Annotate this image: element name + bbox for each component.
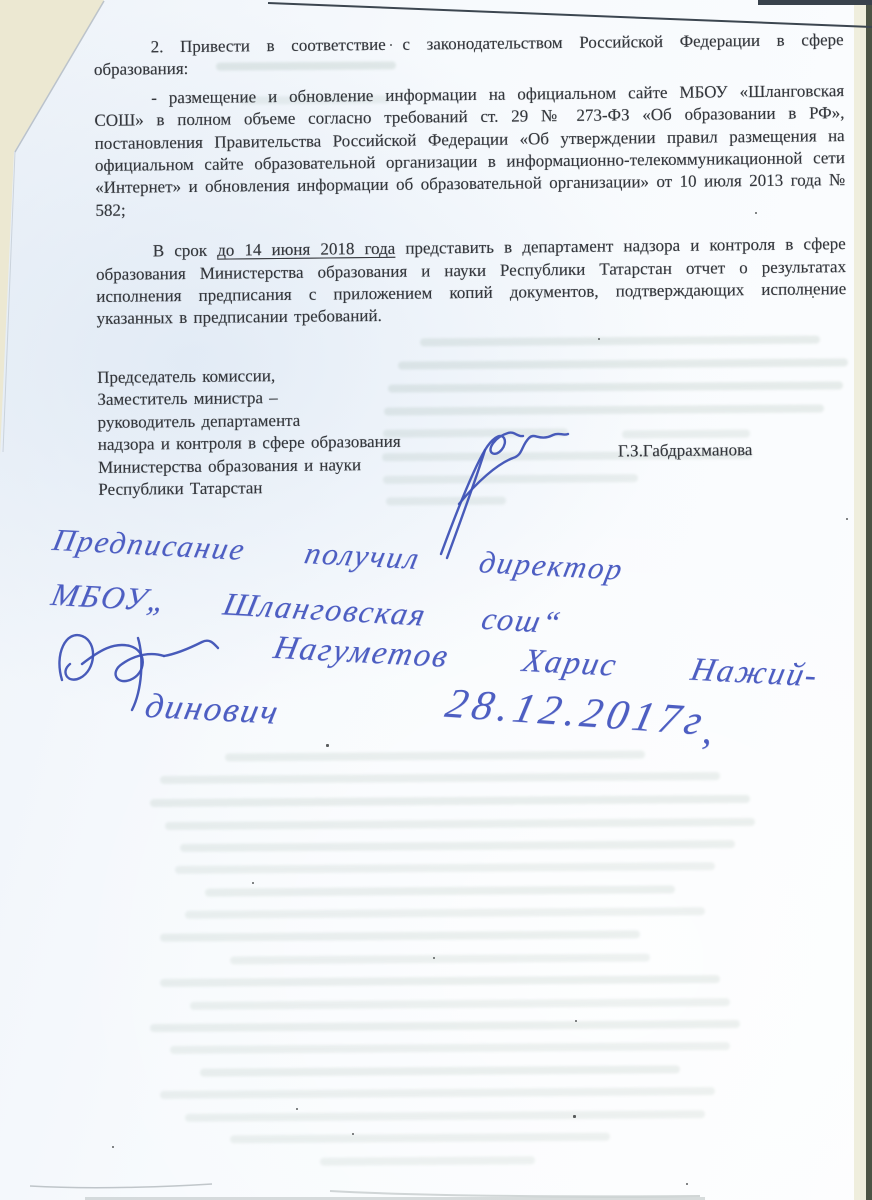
- dust-speck: [433, 957, 435, 959]
- dust-speck: [846, 518, 848, 520]
- handwritten-date: 28.12.2017г: [441, 680, 712, 746]
- bleed-through-line: [160, 930, 640, 941]
- paragraph-deadline: В срок до 14 июня 2018 года представить …: [96, 233, 847, 330]
- bleed-through-line: [205, 885, 675, 896]
- bleed-through-line: [320, 1156, 535, 1166]
- dust-speck: [252, 882, 254, 884]
- paragraph-website-requirement: - размещение и обновление информации на …: [94, 80, 845, 222]
- bleed-through-line: [160, 1087, 715, 1099]
- bleed-through-line: [160, 975, 720, 987]
- dust-speck: [296, 1108, 298, 1110]
- dust-speck: [390, 44, 392, 46]
- bleed-through-line: [175, 862, 715, 874]
- scanned-document-page: 2. Привести в соответствие с законодател…: [0, 0, 872, 1200]
- dust-speck: [352, 1133, 354, 1135]
- bleed-through-line: [225, 751, 645, 762]
- page-right-edge: [854, 0, 866, 1200]
- bleed-through-line: [160, 772, 720, 784]
- bleed-through-line: [165, 818, 755, 830]
- bleed-through-line: [150, 1020, 740, 1032]
- bleed-through-line: [190, 998, 730, 1010]
- dust-speck: [573, 1115, 576, 1118]
- dust-speck: [326, 744, 329, 747]
- bleed-through-line: [180, 840, 735, 852]
- bleed-through-line: [200, 1065, 680, 1076]
- bleed-through-line: [230, 1133, 610, 1144]
- scanner-edge-strip: [866, 0, 872, 1200]
- bleed-through-line: [150, 795, 750, 807]
- deadline-date-underlined: до 14 июня 2018 года: [217, 239, 395, 260]
- bleed-through-line: [185, 907, 705, 919]
- dust-speck: [598, 338, 600, 340]
- dust-speck: [686, 1183, 688, 1185]
- paragraph-compliance: 2. Привести в соответствие с законодател…: [94, 29, 844, 82]
- dust-speck: [755, 212, 757, 214]
- signer-name: Г.З.Габдрахманова: [618, 439, 753, 463]
- handwritten-comma: ,: [701, 706, 714, 754]
- bleed-through-line: [185, 1110, 705, 1122]
- bleed-through-line: [230, 954, 650, 965]
- bleed-through-line: [170, 1042, 730, 1054]
- dust-speck: [812, 296, 814, 298]
- handwritten-line-name-continued: динович: [142, 686, 284, 733]
- deadline-prefix: В срок: [153, 241, 218, 261]
- dust-speck: [112, 1146, 114, 1148]
- dust-speck: [575, 1020, 577, 1022]
